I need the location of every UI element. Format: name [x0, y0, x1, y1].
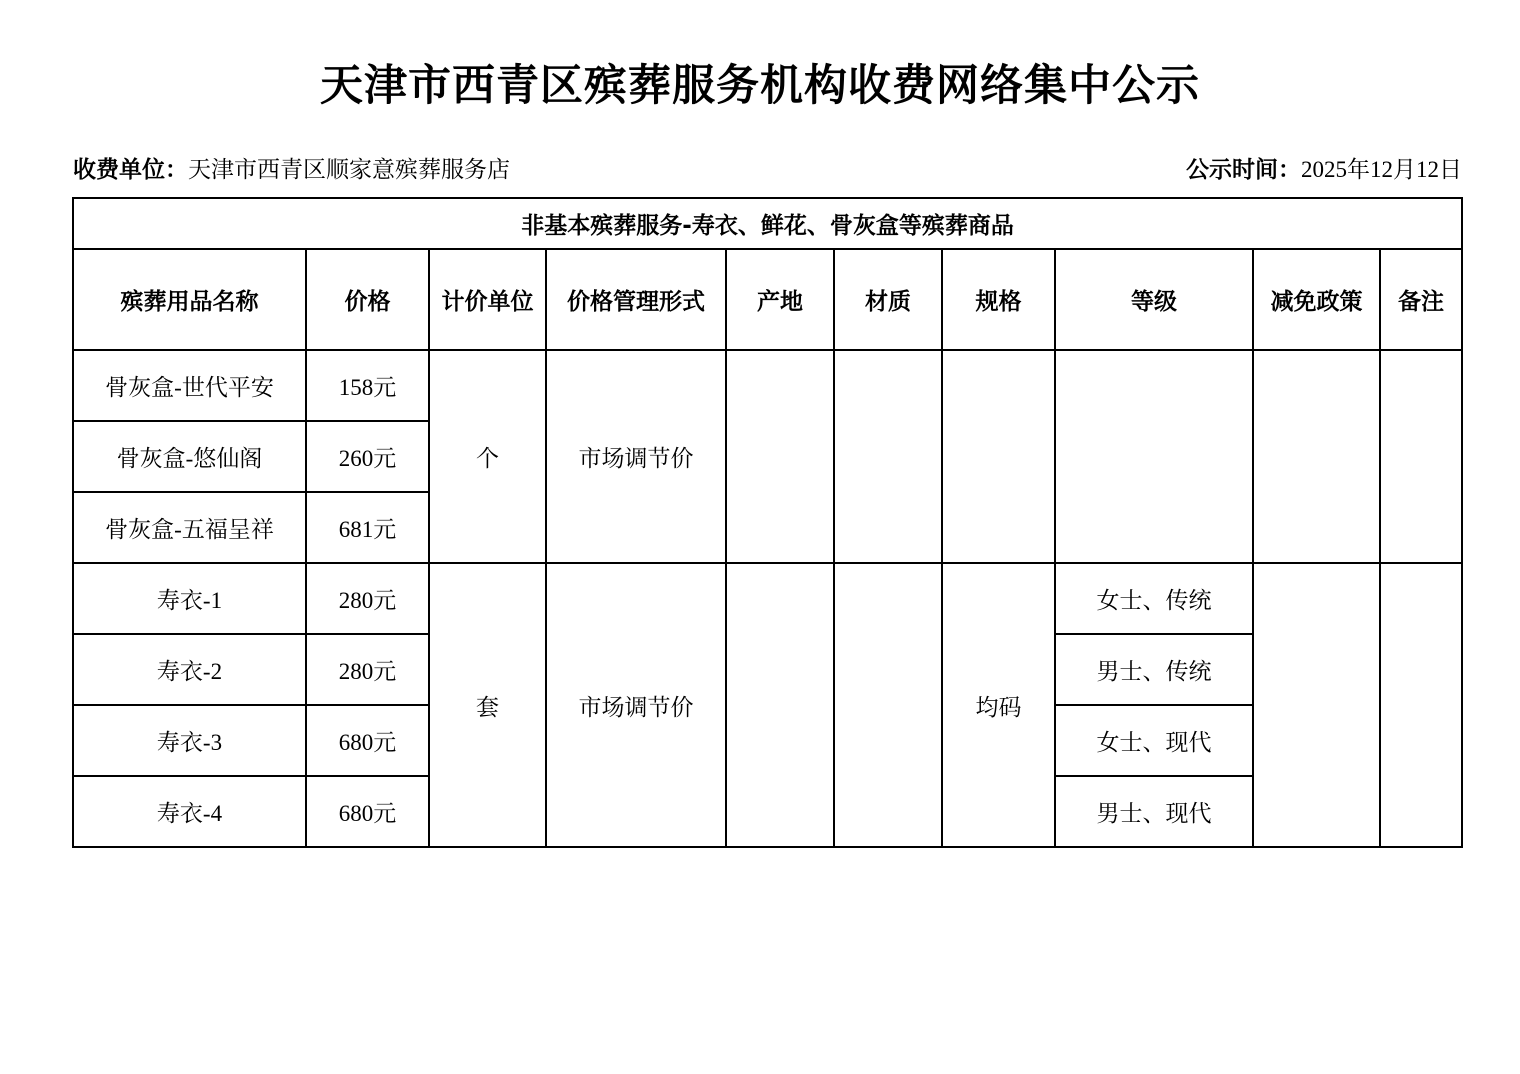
spec-cell	[942, 350, 1055, 563]
col-header-unit: 计价单位	[429, 249, 546, 350]
publish-time-label: 公示时间：	[1186, 157, 1301, 183]
item-name-cell: 寿衣-1	[73, 563, 306, 634]
price-cell: 681元	[306, 492, 429, 563]
grade-cell: 女士、现代	[1055, 705, 1253, 776]
grade-cell: 男士、传统	[1055, 634, 1253, 705]
grade-cell	[1055, 350, 1253, 563]
price-cell: 260元	[306, 421, 429, 492]
spec-cell: 均码	[942, 563, 1055, 847]
price-cell: 680元	[306, 776, 429, 847]
discount-policy-cell	[1253, 350, 1380, 563]
discount-policy-cell	[1253, 563, 1380, 847]
origin-cell	[726, 350, 834, 563]
item-name-cell: 寿衣-4	[73, 776, 306, 847]
item-name-cell: 骨灰盒-五福呈祥	[73, 492, 306, 563]
origin-cell	[726, 563, 834, 847]
material-cell	[834, 350, 942, 563]
table-header-row: 殡葬用品名称 价格 计价单位 价格管理形式 产地 材质 规格 等级 减免政策 备…	[73, 249, 1462, 350]
table-row: 寿衣-1 280元 套 市场调节价 均码 女士、传统	[73, 563, 1462, 634]
charge-unit-value: 天津市西青区顺家意殡葬服务店	[188, 157, 510, 182]
grade-cell: 女士、传统	[1055, 563, 1253, 634]
price-form-cell: 市场调节价	[546, 350, 726, 563]
note-cell	[1380, 563, 1462, 847]
publish-time: 公示时间：2025年12月12日	[1186, 155, 1462, 185]
item-name-cell: 骨灰盒-世代平安	[73, 350, 306, 421]
col-header-material: 材质	[834, 249, 942, 350]
col-header-note: 备注	[1380, 249, 1462, 350]
table-section-row: 非基本殡葬服务-寿衣、鲜花、骨灰盒等殡葬商品	[73, 198, 1462, 249]
unit-cell: 个	[429, 350, 546, 563]
table-row: 骨灰盒-世代平安 158元 个 市场调节价	[73, 350, 1462, 421]
fee-table: 非基本殡葬服务-寿衣、鲜花、骨灰盒等殡葬商品 殡葬用品名称 价格 计价单位 价格…	[72, 197, 1463, 848]
grade-cell: 男士、现代	[1055, 776, 1253, 847]
unit-cell: 套	[429, 563, 546, 847]
col-header-discount-policy: 减免政策	[1253, 249, 1380, 350]
price-cell: 158元	[306, 350, 429, 421]
price-cell: 280元	[306, 563, 429, 634]
material-cell	[834, 563, 942, 847]
col-header-spec: 规格	[942, 249, 1055, 350]
page-title: 天津市西青区殡葬服务机构收费网络集中公示	[0, 0, 1520, 111]
price-form-cell: 市场调节价	[546, 563, 726, 847]
charge-unit: 收费单位：天津市西青区顺家意殡葬服务店	[73, 155, 510, 185]
page: 天津市西青区殡葬服务机构收费网络集中公示 收费单位：天津市西青区顺家意殡葬服务店…	[0, 0, 1520, 1074]
publish-time-value: 2025年12月12日	[1301, 157, 1462, 182]
col-header-grade: 等级	[1055, 249, 1253, 350]
table-section-title: 非基本殡葬服务-寿衣、鲜花、骨灰盒等殡葬商品	[73, 198, 1462, 249]
col-header-price-form: 价格管理形式	[546, 249, 726, 350]
col-header-price: 价格	[306, 249, 429, 350]
col-header-origin: 产地	[726, 249, 834, 350]
price-cell: 680元	[306, 705, 429, 776]
info-row: 收费单位：天津市西青区顺家意殡葬服务店 公示时间：2025年12月12日	[73, 155, 1462, 185]
col-header-item-name: 殡葬用品名称	[73, 249, 306, 350]
item-name-cell: 寿衣-2	[73, 634, 306, 705]
item-name-cell: 骨灰盒-悠仙阁	[73, 421, 306, 492]
note-cell	[1380, 350, 1462, 563]
charge-unit-label: 收费单位：	[73, 157, 188, 183]
item-name-cell: 寿衣-3	[73, 705, 306, 776]
price-cell: 280元	[306, 634, 429, 705]
